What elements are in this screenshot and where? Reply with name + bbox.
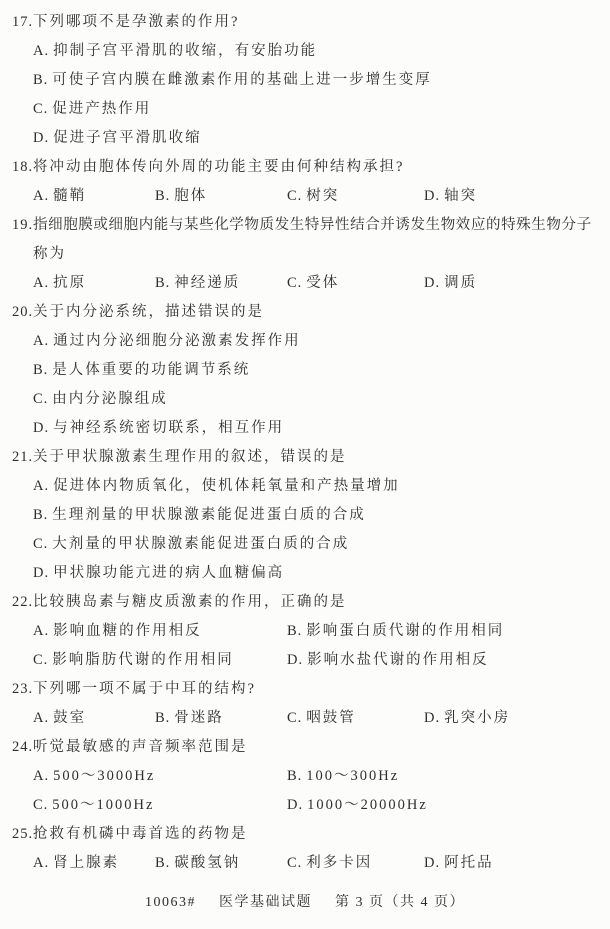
question-number: 23. xyxy=(12,675,33,704)
page-footer: 10063# 医学基础试题 第 3 页（共 4 页） xyxy=(0,888,610,917)
option-label: A. xyxy=(33,855,49,871)
question-23-stem: 23. 下列哪一项不属于中耳的结构? xyxy=(0,675,610,704)
option-label: B. xyxy=(287,623,302,639)
option-text: 神经递质 xyxy=(174,275,240,291)
option-text: 骨迷路 xyxy=(174,710,224,726)
option-text: 1000～20000Hz xyxy=(307,797,428,813)
paper-title: 医学基础试题 xyxy=(219,895,312,910)
question-17-option-a: A.抑制子宫平滑肌的收缩，有安胎功能 xyxy=(0,37,610,66)
option-label: B. xyxy=(155,188,170,204)
option-label: C. xyxy=(33,652,48,668)
question-number: 19. xyxy=(12,211,33,240)
question-17-option-d: D.促进子宫平滑肌收缩 xyxy=(0,124,610,153)
question-20-option-c: C.由内分泌腺组成 xyxy=(0,385,610,414)
option-text: 胞体 xyxy=(174,188,207,204)
option-label: C. xyxy=(287,855,302,871)
question-18-option-a: A.髓鞘 xyxy=(33,182,155,211)
question-text: 比较胰岛素与糖皮质激素的作用，正确的是 xyxy=(33,594,347,610)
option-text: 阿托品 xyxy=(444,855,494,871)
question-22-option-b: B.影响蛋白质代谢的作用相同 xyxy=(287,617,610,646)
option-label: C. xyxy=(33,797,48,813)
question-19: 19. 指细胞膜或细胞内能与某些化学物质发生特异性结合并诱发生物效应的特殊生物分… xyxy=(0,211,610,298)
option-text: 受体 xyxy=(306,275,339,291)
question-text: 抢救有机磷中毒首选的药物是 xyxy=(33,826,248,842)
option-label: D. xyxy=(287,797,303,813)
option-text: 500～3000Hz xyxy=(53,768,155,784)
question-18-option-b: B.胞体 xyxy=(155,182,287,211)
question-25-stem: 25. 抢救有机磷中毒首选的药物是 xyxy=(0,820,610,849)
option-text: 与神经系统密切联系，相互作用 xyxy=(53,420,284,436)
question-17-stem: 17. 下列哪项不是孕激素的作用? xyxy=(0,8,610,37)
question-20: 20. 关于内分泌系统，描述错误的是 A.通过内分泌细胞分泌激素发挥作用 B.是… xyxy=(0,298,610,443)
option-text: 可使子宫内膜在雌激素作用的基础上进一步增生变厚 xyxy=(52,72,432,88)
question-text: 指细胞膜或细胞内能与某些化学物质发生特异性结合并诱发生物效应的特殊生物分子 xyxy=(33,217,592,233)
paper-code: 10063# xyxy=(145,895,196,910)
question-text: 将冲动由胞体传向外周的功能主要由何种结构承担? xyxy=(33,159,404,175)
question-20-option-b: B.是人体重要的功能调节系统 xyxy=(0,356,610,385)
question-24-stem: 24. 听觉最敏感的声音频率范围是 xyxy=(0,733,610,762)
option-label: D. xyxy=(33,565,49,581)
question-22-options-row2: C.影响脂肪代谢的作用相同 D.影响水盐代谢的作用相反 xyxy=(0,646,610,675)
question-25-options: A.肾上腺素 B.碳酸氢钠 C.利多卡因 D.阿托品 xyxy=(0,849,610,878)
option-text: 碳酸氢钠 xyxy=(174,855,240,871)
option-text: 甲状腺功能亢进的病人血糖偏高 xyxy=(53,565,284,581)
question-number: 18. xyxy=(12,153,33,182)
option-label: A. xyxy=(33,710,49,726)
exam-page: 17. 下列哪项不是孕激素的作用? A.抑制子宫平滑肌的收缩，有安胎功能 B.可… xyxy=(0,0,610,929)
question-25-option-c: C.利多卡因 xyxy=(287,849,424,878)
option-label: A. xyxy=(33,275,49,291)
question-19-option-d: D.调质 xyxy=(424,269,610,298)
option-text: 通过内分泌细胞分泌激素发挥作用 xyxy=(53,333,301,349)
option-text: 影响蛋白质代谢的作用相同 xyxy=(306,623,504,639)
question-25: 25. 抢救有机磷中毒首选的药物是 A.肾上腺素 B.碳酸氢钠 C.利多卡因 D… xyxy=(0,820,610,878)
question-number: 17. xyxy=(12,8,33,37)
question-24: 24. 听觉最敏感的声音频率范围是 A.500～3000Hz B.100～300… xyxy=(0,733,610,820)
option-text: 利多卡因 xyxy=(306,855,372,871)
option-label: B. xyxy=(155,855,170,871)
question-22-option-a: A.影响血糖的作用相反 xyxy=(33,617,287,646)
option-text: 乳突小房 xyxy=(444,710,510,726)
question-24-options-row1: A.500～3000Hz B.100～300Hz xyxy=(0,762,610,791)
option-label: A. xyxy=(33,478,49,494)
option-label: A. xyxy=(33,43,49,59)
option-text: 由内分泌腺组成 xyxy=(52,391,168,407)
question-number: 20. xyxy=(12,298,33,327)
question-22-option-c: C.影响脂肪代谢的作用相同 xyxy=(33,646,287,675)
question-22-option-d: D.影响水盐代谢的作用相反 xyxy=(287,646,610,675)
question-24-options-row2: C.500～1000Hz D.1000～20000Hz xyxy=(0,791,610,820)
option-label: B. xyxy=(33,362,48,378)
question-17-option-c: C.促进产热作用 xyxy=(0,95,610,124)
option-label: C. xyxy=(33,391,48,407)
option-text: 树突 xyxy=(306,188,339,204)
question-23-option-d: D.乳突小房 xyxy=(424,704,610,733)
question-18-options: A.髓鞘 B.胞体 C.树突 D.轴突 xyxy=(0,182,610,211)
question-21: 21. 关于甲状腺激素生理作用的叙述，错误的是 A.促进体内物质氧化，使机体耗氧… xyxy=(0,443,610,588)
question-20-option-a: A.通过内分泌细胞分泌激素发挥作用 xyxy=(0,327,610,356)
question-24-option-d: D.1000～20000Hz xyxy=(287,791,610,820)
option-label: A. xyxy=(33,333,49,349)
option-label: D. xyxy=(424,710,440,726)
question-21-option-c: C.大剂量的甲状腺激素能促进蛋白质的合成 xyxy=(0,530,610,559)
option-text: 500～1000Hz xyxy=(52,797,154,813)
question-number: 24. xyxy=(12,733,33,762)
question-number: 21. xyxy=(12,443,33,472)
option-label: B. xyxy=(33,507,48,523)
option-label: B. xyxy=(155,710,170,726)
option-label: D. xyxy=(33,130,49,146)
option-text: 轴突 xyxy=(444,188,477,204)
option-text: 促进子宫平滑肌收缩 xyxy=(53,130,202,146)
question-19-option-b: B.神经递质 xyxy=(155,269,287,298)
option-label: A. xyxy=(33,188,49,204)
question-23-option-b: B.骨迷路 xyxy=(155,704,287,733)
question-21-stem: 21. 关于甲状腺激素生理作用的叙述，错误的是 xyxy=(0,443,610,472)
option-text: 影响水盐代谢的作用相反 xyxy=(307,652,489,668)
question-18-stem: 18. 将冲动由胞体传向外周的功能主要由何种结构承担? xyxy=(0,153,610,182)
question-19-stem-line2: 称为 xyxy=(0,240,610,269)
question-23-options: A.鼓室 B.骨迷路 C.咽鼓管 D.乳突小房 xyxy=(0,704,610,733)
option-text: 抑制子宫平滑肌的收缩，有安胎功能 xyxy=(53,43,317,59)
option-label: D. xyxy=(424,188,440,204)
option-text: 髓鞘 xyxy=(53,188,86,204)
option-label: B. xyxy=(155,275,170,291)
question-number: 25. xyxy=(12,820,33,849)
question-21-option-a: A.促进体内物质氧化，使机体耗氧量和产热量增加 xyxy=(0,472,610,501)
question-text: 关于内分泌系统，描述错误的是 xyxy=(33,304,264,320)
question-25-option-b: B.碳酸氢钠 xyxy=(155,849,287,878)
question-19-options: A.抗原 B.神经递质 C.受体 D.调质 xyxy=(0,269,610,298)
option-text: 肾上腺素 xyxy=(53,855,119,871)
option-label: A. xyxy=(33,623,49,639)
page-indicator: 第 3 页（共 4 页） xyxy=(335,895,465,910)
question-19-stem-line1: 19. 指细胞膜或细胞内能与某些化学物质发生特异性结合并诱发生物效应的特殊生物分… xyxy=(0,211,610,240)
question-20-option-d: D.与神经系统密切联系，相互作用 xyxy=(0,414,610,443)
option-text: 大剂量的甲状腺激素能促进蛋白质的合成 xyxy=(52,536,349,552)
question-text: 关于甲状腺激素生理作用的叙述，错误的是 xyxy=(33,449,347,465)
question-24-option-c: C.500～1000Hz xyxy=(33,791,287,820)
question-18-option-d: D.轴突 xyxy=(424,182,610,211)
option-text: 生理剂量的甲状腺激素能促进蛋白质的合成 xyxy=(52,507,366,523)
option-text: 鼓室 xyxy=(53,710,86,726)
question-22: 22. 比较胰岛素与糖皮质激素的作用，正确的是 A.影响血糖的作用相反 B.影响… xyxy=(0,588,610,675)
option-text: 咽鼓管 xyxy=(306,710,356,726)
option-label: A. xyxy=(33,768,49,784)
option-text: 调质 xyxy=(444,275,477,291)
option-label: C. xyxy=(287,275,302,291)
question-20-stem: 20. 关于内分泌系统，描述错误的是 xyxy=(0,298,610,327)
question-21-option-b: B.生理剂量的甲状腺激素能促进蛋白质的合成 xyxy=(0,501,610,530)
option-text: 促进体内物质氧化，使机体耗氧量和产热量增加 xyxy=(53,478,400,494)
option-label: D. xyxy=(424,855,440,871)
option-text: 促进产热作用 xyxy=(52,101,151,117)
question-18-option-c: C.树突 xyxy=(287,182,424,211)
question-25-option-a: A.肾上腺素 xyxy=(33,849,155,878)
question-24-option-b: B.100～300Hz xyxy=(287,762,610,791)
question-number: 22. xyxy=(12,588,33,617)
option-label: D. xyxy=(424,275,440,291)
question-17: 17. 下列哪项不是孕激素的作用? A.抑制子宫平滑肌的收缩，有安胎功能 B.可… xyxy=(0,8,610,153)
question-text: 听觉最敏感的声音频率范围是 xyxy=(33,739,248,755)
option-text: 影响血糖的作用相反 xyxy=(53,623,202,639)
option-label: C. xyxy=(33,536,48,552)
option-text: 是人体重要的功能调节系统 xyxy=(52,362,250,378)
question-18: 18. 将冲动由胞体传向外周的功能主要由何种结构承担? A.髓鞘 B.胞体 C.… xyxy=(0,153,610,211)
question-22-options-row1: A.影响血糖的作用相反 B.影响蛋白质代谢的作用相同 xyxy=(0,617,610,646)
option-label: C. xyxy=(287,710,302,726)
option-label: D. xyxy=(287,652,303,668)
option-label: C. xyxy=(287,188,302,204)
question-22-stem: 22. 比较胰岛素与糖皮质激素的作用，正确的是 xyxy=(0,588,610,617)
question-24-option-a: A.500～3000Hz xyxy=(33,762,287,791)
question-19-option-c: C.受体 xyxy=(287,269,424,298)
option-label: C. xyxy=(33,101,48,117)
option-text: 抗原 xyxy=(53,275,86,291)
option-label: D. xyxy=(33,420,49,436)
question-text: 下列哪项不是孕激素的作用? xyxy=(33,14,239,30)
question-25-option-d: D.阿托品 xyxy=(424,849,610,878)
question-21-option-d: D.甲状腺功能亢进的病人血糖偏高 xyxy=(0,559,610,588)
question-text: 下列哪一项不属于中耳的结构? xyxy=(33,681,256,697)
question-17-option-b: B.可使子宫内膜在雌激素作用的基础上进一步增生变厚 xyxy=(0,66,610,95)
option-text: 100～300Hz xyxy=(306,768,399,784)
question-23-option-c: C.咽鼓管 xyxy=(287,704,424,733)
question-19-option-a: A.抗原 xyxy=(33,269,155,298)
question-23-option-a: A.鼓室 xyxy=(33,704,155,733)
question-23: 23. 下列哪一项不属于中耳的结构? A.鼓室 B.骨迷路 C.咽鼓管 D.乳突… xyxy=(0,675,610,733)
option-label: B. xyxy=(33,72,48,88)
question-text: 称为 xyxy=(33,246,66,262)
option-label: B. xyxy=(287,768,302,784)
option-text: 影响脂肪代谢的作用相同 xyxy=(52,652,234,668)
